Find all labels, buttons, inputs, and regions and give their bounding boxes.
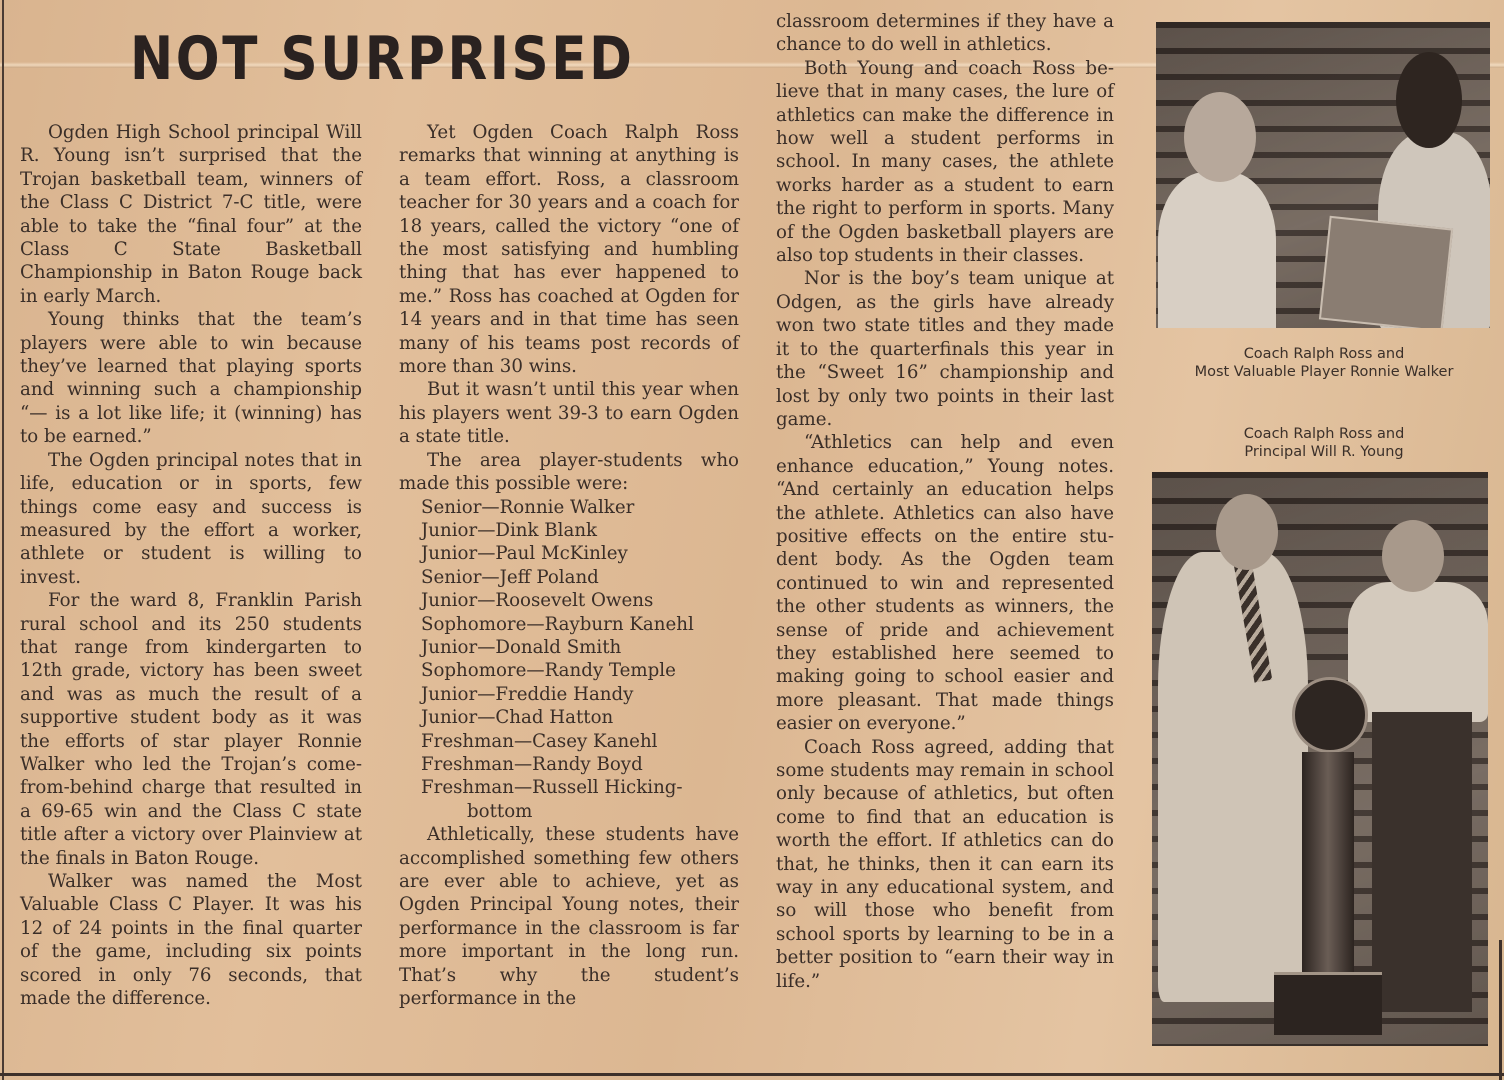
paragraph: Yet Ogden Coach Ralph Ross remarks that … bbox=[399, 121, 739, 378]
photo-coach-and-principal bbox=[1152, 472, 1488, 1046]
paragraph: Nor is the boy’s team unique at Odgen, a… bbox=[776, 267, 1114, 431]
roster-item: Junior—Roosevelt Owens bbox=[399, 589, 739, 612]
paragraph: But it wasn’t until this year when his p… bbox=[399, 378, 739, 448]
principal-head bbox=[1216, 494, 1278, 570]
coach-head bbox=[1382, 520, 1444, 592]
paragraph: Ogden High School principal Will R. Youn… bbox=[20, 121, 362, 308]
paragraph: The area player-students who made this p… bbox=[399, 449, 739, 496]
roster-item: Senior—Jeff Poland bbox=[399, 566, 739, 589]
paragraph: For the ward 8, Franklin Par­ish rural s… bbox=[20, 589, 362, 870]
plaque-icon bbox=[1319, 216, 1453, 328]
paragraph: “Athletics can help and even enhance edu… bbox=[776, 431, 1114, 735]
roster-item: Freshman—Casey Kanehl bbox=[399, 730, 739, 753]
right-border-rule bbox=[1499, 940, 1502, 1080]
coach-head bbox=[1184, 92, 1256, 182]
roster-item: Junior—Freddie Handy bbox=[399, 683, 739, 706]
trophy-column bbox=[1302, 752, 1354, 982]
player-roster-list: Senior—Ronnie Walker Junior—Dink Blank J… bbox=[399, 496, 739, 824]
roster-item: Junior—Donald Smith bbox=[399, 636, 739, 659]
paragraph: Young thinks that the team’s players wer… bbox=[20, 308, 362, 448]
paragraph: Coach Ross agreed, adding that some stud… bbox=[776, 736, 1114, 993]
paragraph: Both Young and coach Ross be­lieve that … bbox=[776, 57, 1114, 268]
photo-caption-1: Coach Ralph Ross and Most Valuable Playe… bbox=[1152, 345, 1496, 381]
roster-item: Freshman—Russell Hicking-bottom bbox=[399, 776, 739, 823]
roster-item: Sophomore—Rayburn Kanehl bbox=[399, 613, 739, 636]
photo-caption-2: Coach Ralph Ross and Principal Will R. Y… bbox=[1152, 425, 1496, 461]
left-border-rule bbox=[2, 0, 4, 1080]
coach-trousers bbox=[1372, 712, 1472, 1012]
roster-item: Junior—Dink Blank bbox=[399, 519, 739, 542]
trophy-base bbox=[1274, 972, 1382, 1035]
paragraph: Walker was named the Most Valuable Class… bbox=[20, 870, 362, 1010]
paragraph: Athletically, these students have accomp… bbox=[399, 823, 739, 1010]
coach-figure bbox=[1158, 172, 1276, 328]
roster-item: Junior—Chad Hatton bbox=[399, 706, 739, 729]
trophy-icon bbox=[1292, 677, 1368, 753]
roster-item: Freshman—Randy Boyd bbox=[399, 753, 739, 776]
headline: NOT SURPRISED bbox=[130, 24, 612, 94]
principal-figure bbox=[1158, 552, 1308, 1002]
paragraph-continuation: classroom determines if they have a chan… bbox=[776, 10, 1114, 57]
roster-item: Sophomore—Randy Temple bbox=[399, 659, 739, 682]
roster-item: Senior—Ronnie Walker bbox=[399, 496, 739, 519]
article-column-2: Yet Ogden Coach Ralph Ross remarks that … bbox=[399, 121, 739, 1010]
paragraph: The Ogden principal notes that in life, … bbox=[20, 449, 362, 589]
coach-figure bbox=[1348, 582, 1488, 722]
roster-item: Junior—Paul McKinley bbox=[399, 542, 739, 565]
bottom-border-rule bbox=[0, 1073, 1504, 1076]
article-column-3: classroom determines if they have a chan… bbox=[776, 10, 1114, 993]
photo-coach-and-mvp bbox=[1156, 22, 1490, 328]
player-head bbox=[1396, 52, 1462, 148]
article-column-1: Ogden High School principal Will R. Youn… bbox=[20, 121, 362, 1010]
